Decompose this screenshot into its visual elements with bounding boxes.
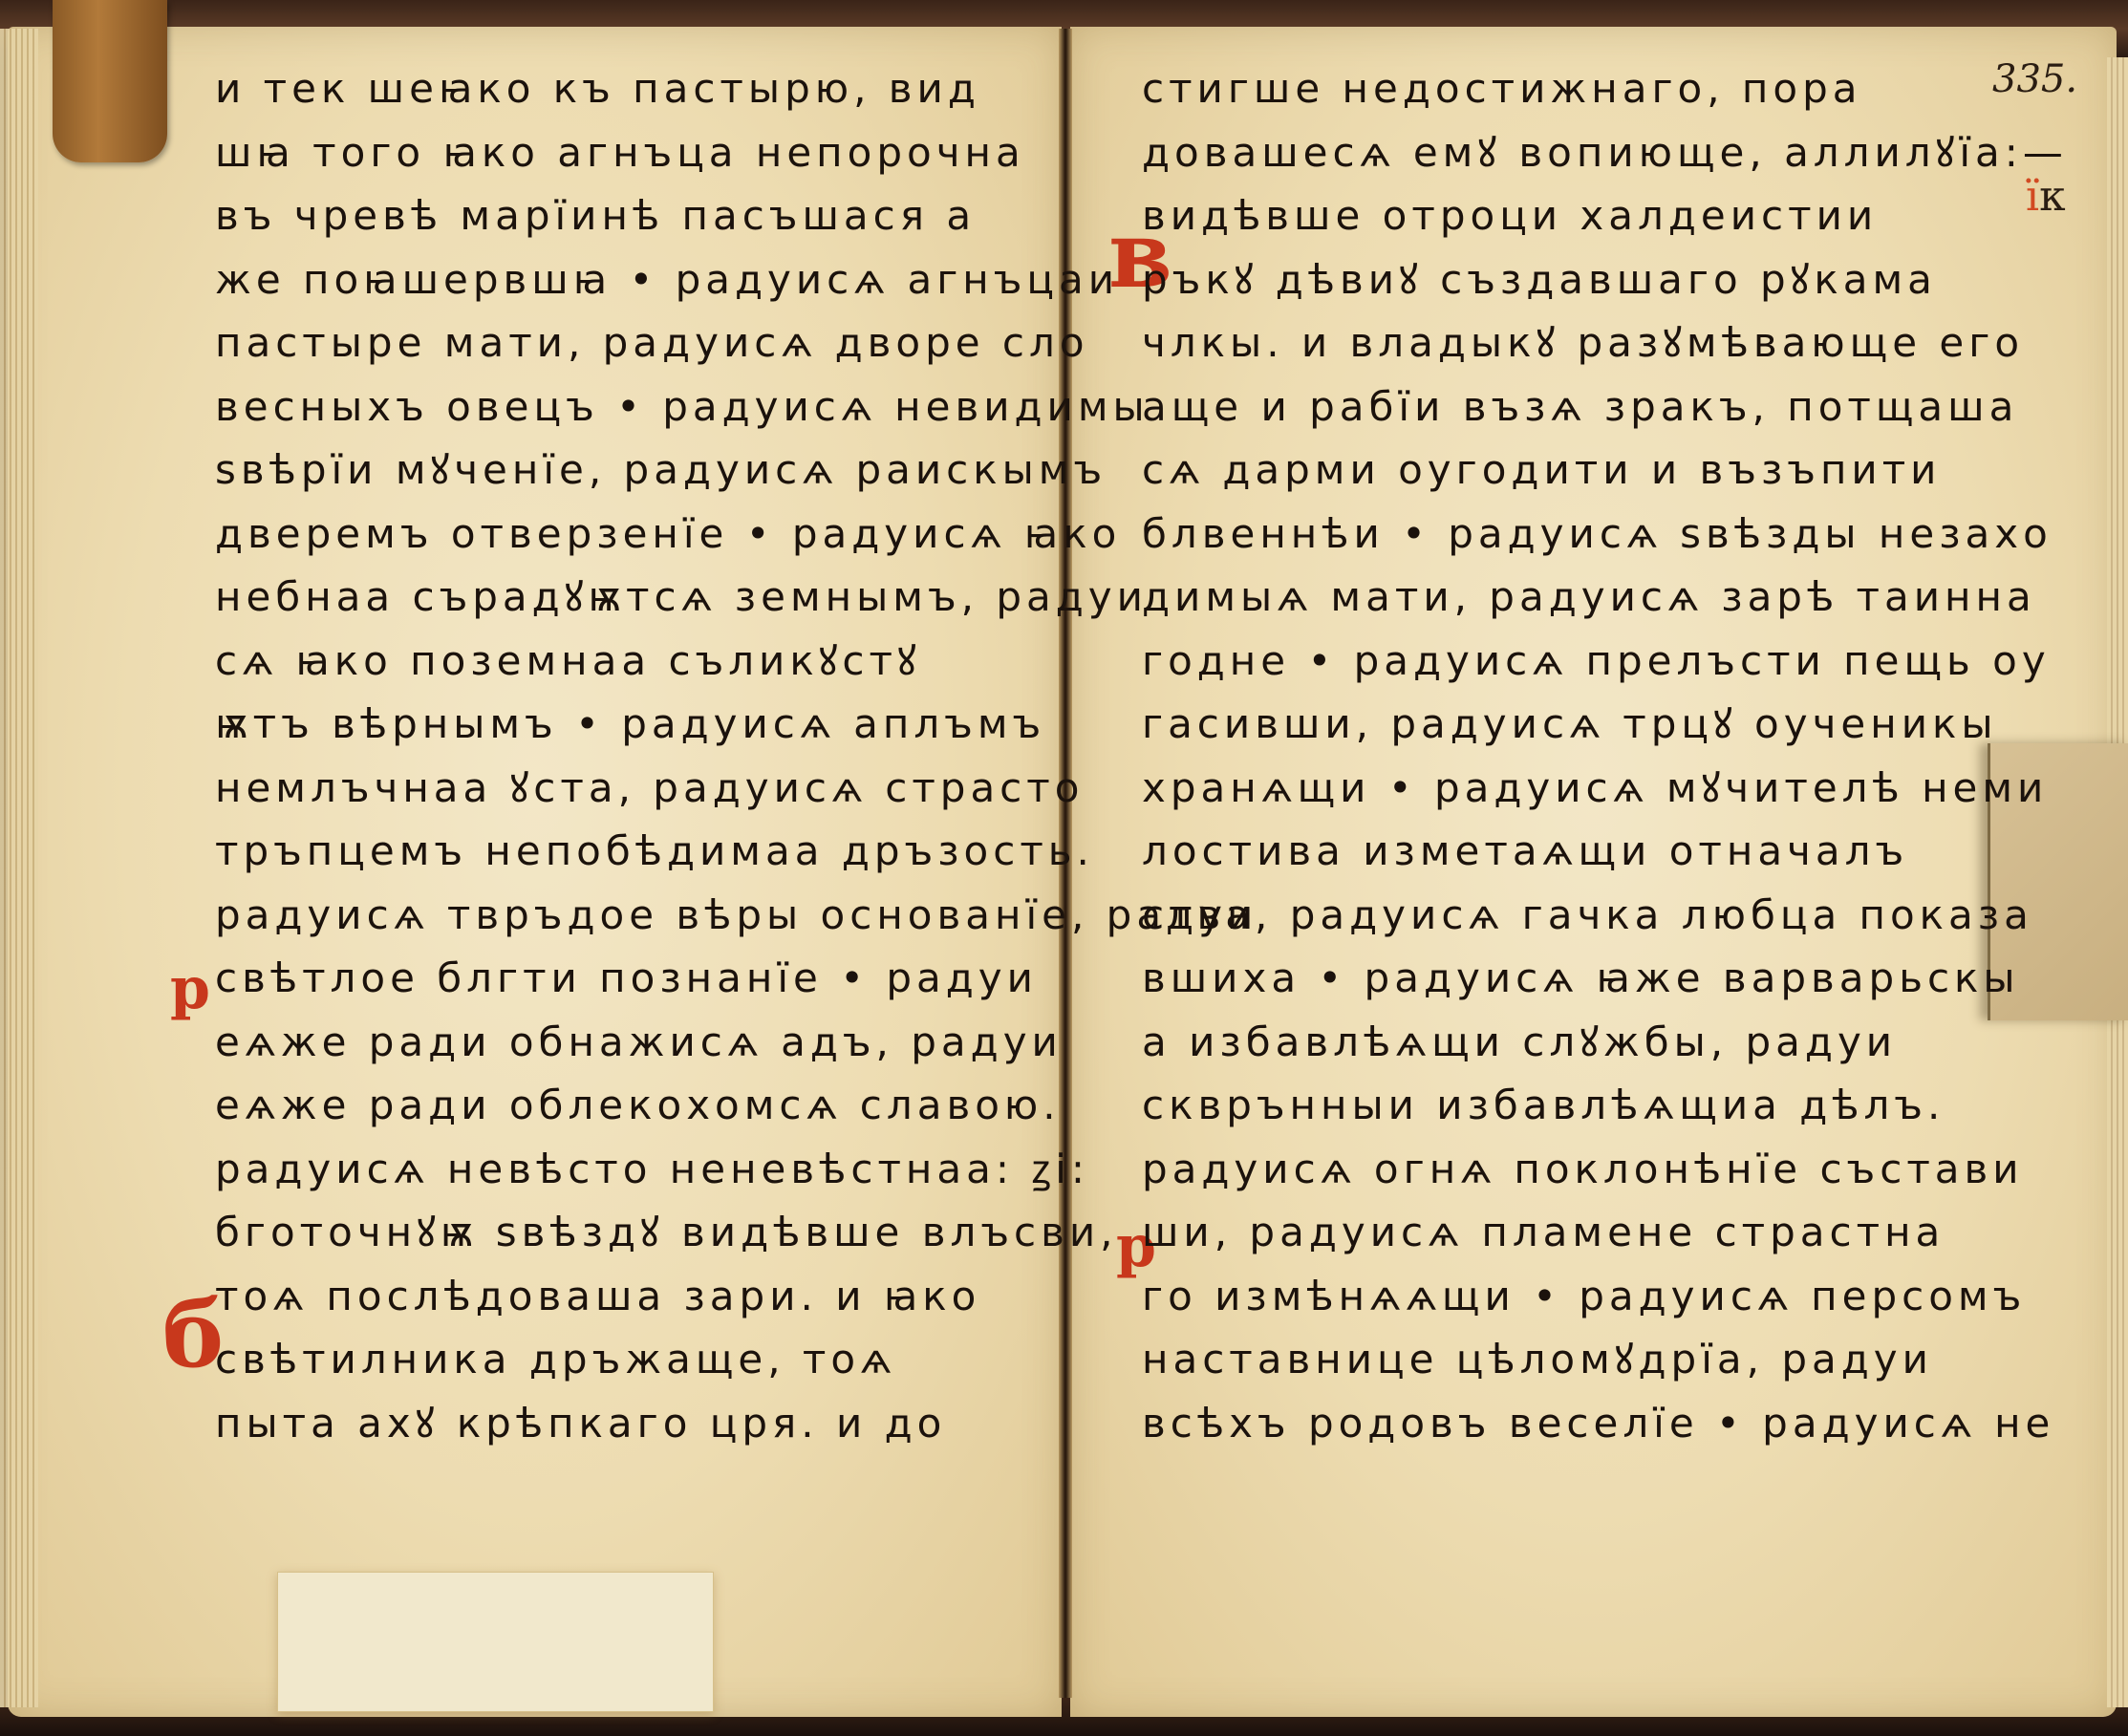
text-line: шꙗ того ꙗко агнъца непорочна: [215, 121, 1037, 185]
right-page-text: стигше недостижнаго, пора довашесѧ емꙋ в…: [1142, 57, 1964, 1455]
marginal-note-red: ї: [2026, 172, 2039, 221]
text-line: сѧ дарми оугодити и възъпити: [1142, 439, 1964, 503]
text-line: всѣхъ родовъ веселїе • радуисѧ не: [1142, 1392, 1964, 1456]
marginal-note-black: к: [2039, 172, 2066, 221]
pasted-paper-slip: [277, 1572, 714, 1712]
text-line: свѣтилника дръжаще, тоѧ: [215, 1328, 1037, 1392]
text-line: еѧже ради облекохомсѧ славою.: [215, 1074, 1037, 1138]
left-page-edges: [0, 29, 38, 1707]
text-line: видѣвше отроци халдеистии: [1142, 184, 1964, 248]
text-line: довашесѧ емꙋ вопиюще, аллилꙋїа:—: [1142, 121, 1964, 185]
text-line: ѭтъ вѣрнымъ • радуисѧ аплъмъ: [215, 693, 1037, 757]
text-line: скврънныи избавлѣѧщиа дѣлъ.: [1142, 1074, 1964, 1138]
text-line: бготочнꙋѭ ѕвѣздꙋ видѣвше влъсви,: [215, 1201, 1037, 1265]
text-line: въ чревѣ марїинѣ пасъшася а: [215, 184, 1037, 248]
text-line: тръпцемъ непобѣдимаа дръзость.: [215, 820, 1037, 884]
text-line: димыѧ мати, радуисѧ зарѣ таинна: [1142, 566, 1964, 630]
text-line: ши, радуисѧ пламене страстна: [1142, 1201, 1964, 1265]
text-line: немлъчнаа ꙋста, радуисѧ страсто: [215, 757, 1037, 821]
text-line: а избавлѣѧщи слꙋжбы, радуи: [1142, 1011, 1964, 1075]
text-line: ѕвѣрїи мꙋченїе, радуисѧ раискымъ: [215, 439, 1037, 503]
text-line: гасивши, радуисѧ трцꙋ оученикы: [1142, 693, 1964, 757]
text-line: стигше недостижнаго, пора: [1142, 57, 1964, 121]
text-line: дверемъ отверзенїе • радуисѧ ꙗко: [215, 503, 1037, 567]
text-line: блвеннѣи • радуисѧ ѕвѣзды незахо: [1142, 503, 1964, 567]
folio-number: 335.: [1992, 57, 2077, 101]
rubric-initial-left-1: р: [170, 955, 210, 1022]
text-line: хранѧщи • радуисѧ мꙋчителѣ неми: [1142, 757, 1964, 821]
text-line: ства, радуисѧ гачка любца показа: [1142, 884, 1964, 948]
text-line: еѧже ради обнажисѧ адъ, радуи: [215, 1011, 1037, 1075]
text-line: радуисѧ невѣсто неневѣстнаа: ꙁі:: [215, 1138, 1037, 1202]
text-line: тоѧ послѣдоваша зари. и ꙗко: [215, 1265, 1037, 1329]
text-line: наставнице цѣломꙋдрїа, радуи: [1142, 1328, 1964, 1392]
text-line: го измѣнѧѧщи • радуисѧ персомъ: [1142, 1265, 1964, 1329]
text-line: весныхъ овецъ • радуисѧ невидимы: [215, 375, 1037, 439]
text-line: радуисѧ огнѧ поклонѣнїе състави: [1142, 1138, 1964, 1202]
text-line: небнаа сърадꙋѭтсѧ земнымъ, радуи: [215, 566, 1037, 630]
text-line: радуисѧ твръдое вѣры основанїе, радуи: [215, 884, 1037, 948]
text-line: свѣтлое блгти познанїе • радуи: [215, 947, 1037, 1011]
text-line: лостива изметаѧщи отначалъ: [1142, 820, 1964, 884]
text-line: члкы. и владыкꙋ разꙋмѣвающе его: [1142, 311, 1964, 375]
text-line: и тек шеꙗко къ пастырю, вид: [215, 57, 1037, 121]
text-line: же поꙗшервшꙗ • радуисѧ агнъцаи: [215, 248, 1037, 312]
text-line: сѧ ꙗко поземнаа съликꙋстꙋ: [215, 630, 1037, 694]
text-line: вшиха • радуисѧ ꙗже варварьскы: [1142, 947, 1964, 1011]
left-page-text: и тек шеꙗко къ пастырю, вид шꙗ того ꙗко …: [215, 57, 1037, 1455]
marginal-note: їк: [2026, 172, 2066, 221]
text-line: пастыре мати, радуисѧ дворе сло: [215, 311, 1037, 375]
text-line: аще и рабїи възѧ зракъ, потщаша: [1142, 375, 1964, 439]
bookmark-tab: [53, 0, 167, 162]
text-line: пыта ахꙋ крѣпкаго цря. и до: [215, 1392, 1037, 1456]
text-line: ръкꙋ дѣвиꙋ създавшаго рꙋкама: [1142, 248, 1964, 312]
text-line: годне • радуисѧ прелъсти пещь оу: [1142, 630, 1964, 694]
